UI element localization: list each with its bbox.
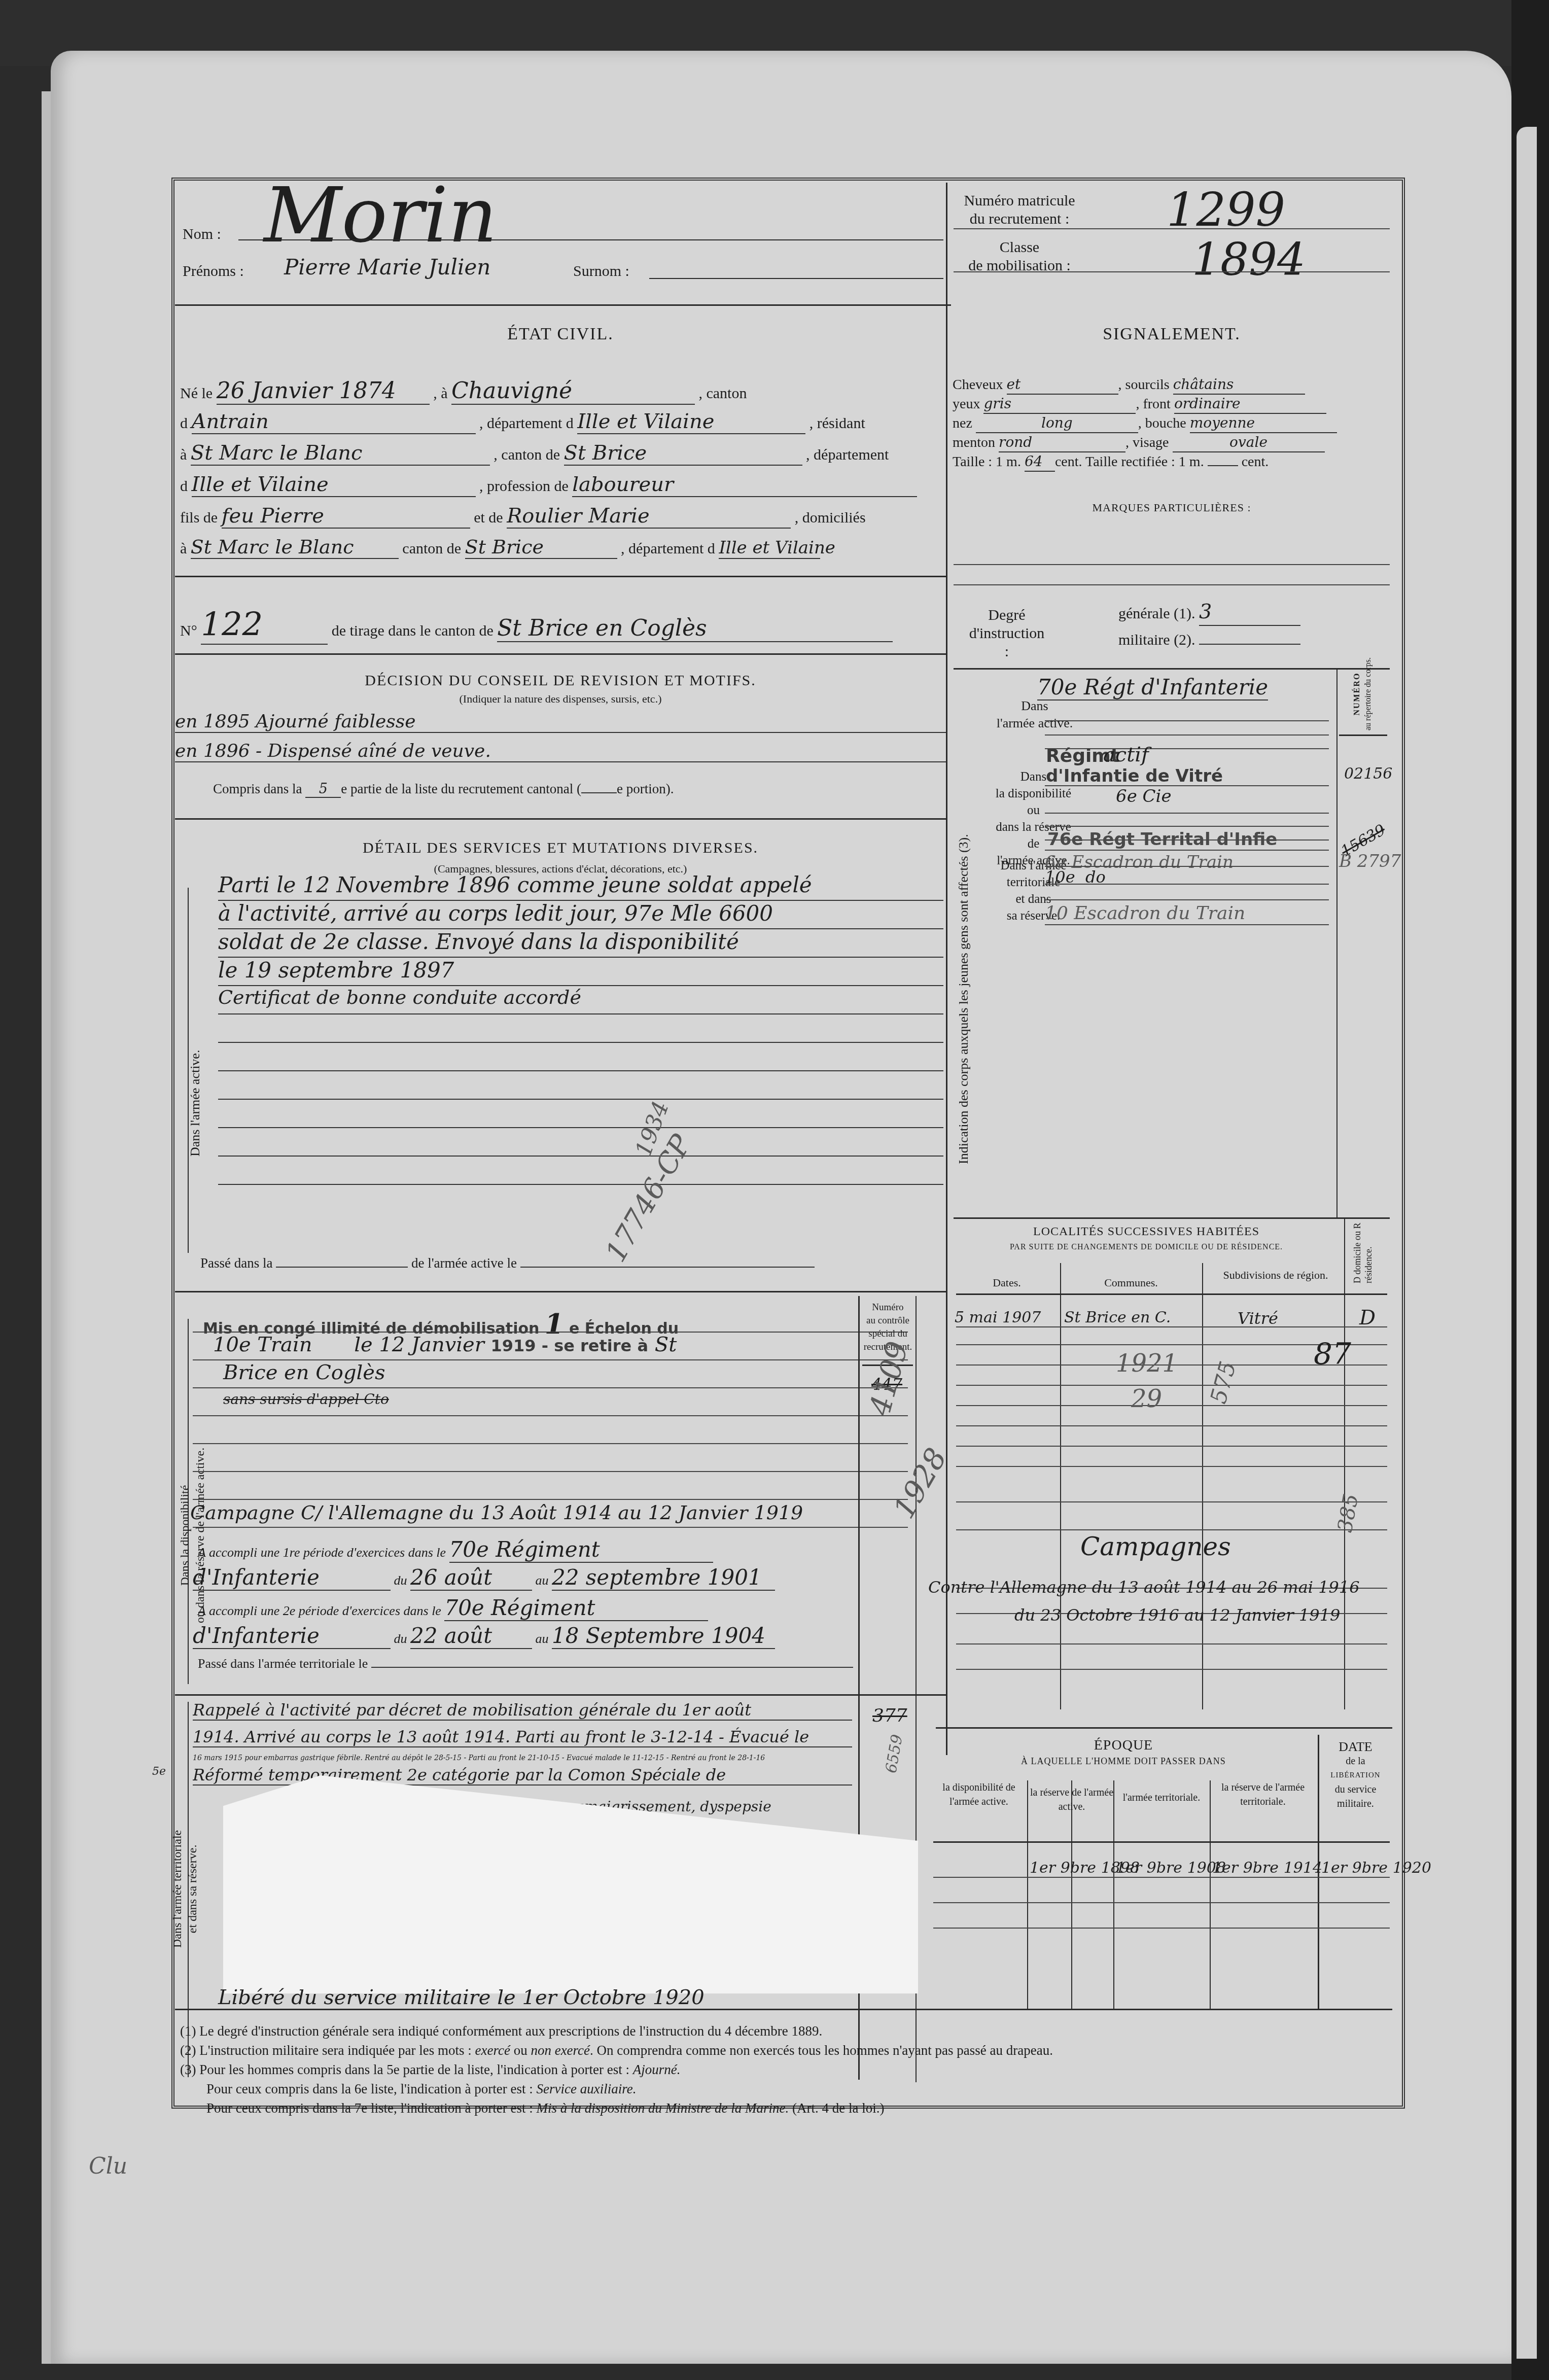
header-line: du service — [1321, 1782, 1390, 1797]
rule — [193, 1332, 908, 1333]
disponibilite-company: 6e Cie — [1116, 786, 1172, 807]
column-divider — [946, 183, 947, 1755]
active-corps-value: 70e Régt d'Infanterie — [1037, 675, 1268, 701]
father-name: feu Pierre — [222, 504, 470, 529]
matricule-label-line-2: du recrutement : — [954, 210, 1085, 228]
parents-canton: St Brice — [465, 536, 617, 559]
nom-value: Morin — [264, 178, 497, 254]
taille-rectifiee-value — [1208, 465, 1238, 466]
service-line: à l'activité, arrivé au corps ledit jour… — [218, 901, 943, 929]
liberation-header: DATE de la LIBÉRATION du service militai… — [1321, 1740, 1390, 1811]
footnote-text: . On comprendra comme non exercés tous l… — [590, 2043, 1053, 2058]
du-label: du — [394, 1631, 407, 1646]
surnom-label: Surnom : — [573, 263, 629, 280]
rule — [193, 1527, 908, 1528]
matricule-label: Numéro matricule du recrutement : — [954, 192, 1085, 228]
rule — [956, 1643, 1387, 1644]
compris-value: 5 — [305, 781, 341, 798]
et-de-label: et de — [474, 509, 503, 526]
menton-value: rond — [999, 433, 1125, 452]
d-label: d — [180, 478, 188, 495]
disponibilite-numero: 02156 — [1344, 765, 1392, 783]
periode2-dates-line: d'Infanterie du 22 août au 18 Septembre … — [193, 1623, 775, 1649]
tirage-canton: St Brice en Coglès — [497, 615, 893, 642]
passe-territoriale-label: Passé dans l'armée territoriale le — [198, 1656, 368, 1671]
yeux-row: yeux gris, front ordinaire — [953, 395, 1337, 414]
corps-side-label: Indication des corps auxquels les jeunes… — [956, 834, 971, 1164]
parents-commune: St Marc le Blanc — [191, 536, 399, 559]
decision-line-1: en 1895 Ajourné faiblesse — [175, 711, 946, 733]
service-line-empty — [218, 1014, 943, 1043]
liberation-line: Libéré du service militaire le 1er Octob… — [218, 1986, 705, 2009]
d-label: d — [180, 415, 188, 432]
rule — [1045, 720, 1329, 721]
profession-label: , profession de — [479, 478, 569, 495]
epoque-title: ÉPOQUE — [933, 1737, 1314, 1754]
instruction-militaire-row: militaire (2). — [1118, 627, 1300, 653]
rule — [956, 1293, 1387, 1295]
sourcils-label: , sourcils — [1118, 377, 1170, 393]
birth-commune: Chauvigné — [451, 378, 695, 405]
campagne-line: Campagne C/ l'Allemagne du 13 Août 1914 … — [190, 1501, 803, 1524]
signalement-block: Cheveux et, sourcils châtains yeux gris,… — [953, 375, 1337, 472]
rule — [956, 1669, 1387, 1670]
disponibilite-actif: actif — [1103, 743, 1149, 766]
decision-title: DÉCISION DU CONSEIL DE REVISION ET MOTIF… — [175, 672, 946, 689]
parents-domicile-line: à St Marc le Blanc canton de St Brice , … — [180, 536, 820, 559]
departement-label: , département — [806, 446, 889, 463]
disponibilite-stamp-2: d'Infantie de Vitré — [1046, 766, 1223, 786]
footnote-emphasis: non exercé — [531, 2043, 590, 2058]
surnom-line — [649, 278, 943, 279]
profession-line: d Ille et Vilaine , profession de labour… — [180, 473, 917, 497]
service-line-empty — [218, 1128, 943, 1157]
footnote-text: Pour les hommes compris dans la 5e parti… — [199, 2062, 629, 2077]
services-title: DÉTAIL DES SERVICES ET MUTATIONS DIVERSE… — [175, 839, 946, 857]
militaire-value — [1199, 644, 1300, 645]
active-label: Dans l'armée active. — [979, 697, 1090, 732]
rule — [956, 1326, 1387, 1327]
rule — [956, 1385, 1387, 1386]
taille-label: Taille : 1 m. — [953, 454, 1021, 470]
nom-label: Nom : — [183, 226, 221, 243]
footnote-3b: Pour ceux compris dans la 6e liste, l'in… — [180, 2079, 1387, 2098]
signalement-title: SIGNALEMENT. — [954, 325, 1390, 344]
header-line: DATE — [1321, 1740, 1390, 1754]
cheveux-label: Cheveux — [953, 377, 1003, 393]
nez-label: nez — [953, 415, 972, 431]
conge-unit: 10e Train — [213, 1333, 312, 1356]
territoriale-line-2: 1914. Arrivé au corps le 13 août 1914. P… — [193, 1727, 852, 1747]
rule — [933, 1841, 1390, 1843]
passe-territoriale-value — [371, 1667, 853, 1668]
adjacent-page-edge — [1511, 0, 1549, 2380]
campagnes-line-2: du 23 Octobre 1916 au 12 Janvier 1919 — [1014, 1605, 1340, 1625]
instruction-label-1: Degré — [966, 606, 1047, 624]
passe-value — [276, 1267, 408, 1268]
label-line: la disponibilité — [976, 785, 1090, 802]
divider — [175, 2009, 1392, 2010]
column-divider — [1060, 1263, 1061, 1709]
periode2-label: A accompli une 2e période d'exercices da… — [198, 1603, 441, 1618]
side-label-line-1: Dans l'armée territoriale — [170, 1830, 185, 1948]
a-label: , à — [433, 385, 447, 402]
conge-line-4: sans sursis d'appel Cto — [223, 1391, 389, 1408]
residence-canton: St Brice — [564, 441, 802, 466]
rule — [1045, 785, 1329, 786]
territoriale-margin-left: 5e — [152, 1765, 166, 1778]
passe-label: Passé dans la — [200, 1255, 272, 1271]
yeux-value: gris — [983, 395, 1136, 414]
header-line: spécial du — [861, 1327, 914, 1341]
rule — [1045, 884, 1329, 885]
footnote-number: (3) — [180, 2062, 196, 2077]
residence-commune: St Marc le Blanc — [191, 441, 490, 466]
rule — [956, 1425, 1387, 1426]
footnote-1: (1) Le degré d'instruction générale sera… — [180, 2021, 1387, 2041]
periode1-regiment: 70e Régiment — [449, 1537, 713, 1563]
nom-line — [238, 239, 943, 240]
service-line-empty — [218, 1157, 943, 1185]
divider — [954, 228, 1390, 229]
header-line: Numéro — [861, 1301, 914, 1314]
tirage-label: de tirage dans le canton de — [332, 622, 494, 639]
rule — [1045, 813, 1329, 814]
periode2-start: 22 août — [410, 1623, 532, 1649]
territoriale-unit-4: 10 Escadron du Train — [1045, 903, 1245, 924]
nez-row: nez long, bouche moyenne — [953, 414, 1337, 433]
a-label: à — [180, 540, 187, 557]
footnote-3c: Pour ceux compris dans la 7e liste, l'in… — [180, 2098, 1387, 2118]
territoriale-line-1: Rappelé à l'activité par décret de mobil… — [193, 1700, 852, 1721]
label-line: l'armée active. — [979, 715, 1090, 732]
rule — [933, 1928, 1390, 1929]
departement-label: , département d — [621, 540, 715, 557]
periode2-regiment: 70e Régiment — [444, 1595, 708, 1621]
footnote-emphasis: Mis à la disposition du Ministre de la M… — [536, 2101, 789, 2116]
epoque-territoriale-value: 1er 9bre 1908 — [1116, 1859, 1207, 1877]
column-divider — [1336, 670, 1337, 1217]
column-divider — [1113, 1780, 1114, 2009]
campagnes-title: Campagnes — [1080, 1532, 1231, 1561]
visage-value: ovale — [1173, 433, 1325, 452]
row-date: 5 mai 1907 — [955, 1309, 1041, 1326]
birth-date: 26 Janvier 1874 — [217, 378, 430, 405]
passe-active-line: Passé dans la de l'armée active le — [200, 1255, 815, 1271]
rule — [1045, 850, 1329, 851]
profession-value: laboureur — [572, 473, 917, 497]
rule — [956, 1446, 1387, 1447]
rule — [1339, 734, 1387, 736]
periode1-line: A accompli une 1re période d'exercices d… — [198, 1537, 713, 1563]
divider — [954, 564, 1390, 565]
matricule-label-line-1: Numéro matricule — [954, 192, 1085, 210]
residence-departement: Ille et Vilaine — [192, 473, 476, 497]
rule — [956, 1405, 1387, 1406]
generale-value: 3 — [1199, 599, 1300, 626]
compris-rest: e partie de la liste du recrutement cant… — [341, 781, 581, 796]
birth-line: Né le 26 Janvier 1874 , à Chauvigné , ca… — [180, 378, 747, 405]
col-dates: Dates. — [954, 1276, 1060, 1290]
compris-line: Compris dans la 5e partie de la liste du… — [213, 781, 674, 798]
mother-name: Roulier Marie — [507, 504, 791, 529]
service-line: Certificat de bonne conduite accordé — [218, 986, 943, 1014]
epoque-col-territoriale: l'armée territoriale. — [1116, 1791, 1207, 1805]
militaire-label: militaire (2). — [1118, 632, 1195, 648]
au-label: au — [536, 1631, 549, 1646]
service-line-empty — [218, 1100, 943, 1128]
front-label: , front — [1136, 396, 1170, 412]
service-line: le 19 septembre 1897 — [218, 958, 943, 986]
taille-row: Taille : 1 m. 64cent. Taille rectifiée :… — [953, 452, 1337, 472]
rule — [933, 1877, 1390, 1878]
bouche-value: moyenne — [1190, 414, 1337, 433]
birth-canton: Antrain — [192, 410, 476, 434]
rule — [193, 1471, 908, 1472]
etat-civil-title: ÉTAT CIVIL. — [175, 325, 946, 344]
tirage-line: N° 122 de tirage dans le canton de St Br… — [180, 606, 893, 645]
compris-label: Compris dans la — [213, 781, 302, 796]
footnote-emphasis: exercé — [475, 2043, 510, 2058]
epoque-reserve-territoriale-value: 1er 9bre 1914 — [1212, 1859, 1314, 1877]
rule — [193, 1415, 908, 1416]
numero-label: NUMÉRO — [1352, 657, 1363, 730]
canton-label: , canton de — [494, 446, 560, 463]
header-line: militaire. — [1321, 1797, 1390, 1811]
residant-label: , résidant — [809, 415, 865, 432]
ne-le-label: Né le — [180, 385, 213, 402]
departement-label: , département d — [479, 415, 574, 432]
fils-de-label: fils de — [180, 509, 218, 526]
instruction-label-2: d'instruction : — [966, 624, 1047, 661]
du-label: du — [394, 1573, 407, 1588]
row-subdivision: Vitré — [1238, 1309, 1278, 1328]
cent-label: cent. — [1242, 454, 1269, 470]
rule — [1045, 866, 1329, 867]
localites-title: LOCALITÉS SUCCESSIVES HABITÉES — [954, 1225, 1339, 1239]
liberation-value: 1er 9bre 1920 — [1321, 1859, 1392, 1877]
territoriale-numero-2: B 2797 — [1339, 851, 1401, 871]
parents-line: fils de feu Pierre et de Roulier Marie ,… — [180, 504, 866, 529]
rule — [193, 1359, 908, 1360]
periode1-dates-line: d'Infanterie du 26 août au 22 septembre … — [193, 1565, 775, 1591]
conge-line-2: 10e Train le 12 Janvier 1919 - se retire… — [213, 1333, 677, 1356]
divider — [175, 818, 946, 820]
row-commune: St Brice en C. — [1064, 1309, 1171, 1326]
footnote-text: (Art. 4 de la loi.) — [792, 2101, 884, 2116]
classe-value: 1894 — [1192, 233, 1306, 286]
territoriale-line-4: Réformé temporairement 2e catégorie par … — [193, 1765, 852, 1786]
margin-note: Clu — [89, 2153, 127, 2179]
prenoms-label: Prénoms : — [183, 263, 244, 280]
column-divider — [1071, 1780, 1072, 2009]
taille-value: 64 — [1025, 452, 1055, 472]
periode1-regiment-2: d'Infanterie — [193, 1565, 391, 1591]
repertoire-label: au répertoire du corps. — [1363, 657, 1374, 730]
rule — [1045, 826, 1329, 827]
periode2-regiment-2: d'Infanterie — [193, 1623, 391, 1649]
service-line: Parti le 12 Novembre 1896 comme jeune so… — [218, 872, 943, 901]
territoriale-stamp: 76e Régt Territal d'Infie — [1047, 829, 1277, 850]
footnote-emphasis: Service auxiliaire. — [536, 2081, 636, 2096]
service-line-empty — [218, 1071, 943, 1100]
portion-label: e portion). — [617, 781, 674, 796]
divider — [954, 1217, 1390, 1219]
birth-canton-line: d Antrain , département d Ille et Vilain… — [180, 410, 865, 434]
nez-value: long — [976, 414, 1138, 433]
a-label: à — [180, 446, 187, 463]
birth-departement: Ille et Vilaine — [577, 410, 805, 434]
footnote-text: ou — [514, 2043, 527, 2058]
header-line: au contrôle — [861, 1314, 914, 1327]
decision-subtitle: (Indiquer la nature des dispenses, sursi… — [175, 692, 946, 706]
menton-row: menton rond, visage ovale — [953, 433, 1337, 452]
header-line: LIBÉRATION — [1321, 1768, 1390, 1782]
parents-departement: Ille et Vilaine — [719, 538, 820, 559]
rule — [193, 1443, 908, 1444]
classe-label: Classe de mobilisation : — [954, 238, 1085, 275]
col-d-r: D domicile ou R résidence. — [1352, 1212, 1374, 1283]
bouche-label: , bouche — [1138, 415, 1186, 431]
services-lines: Parti le 12 Novembre 1896 comme jeune so… — [218, 872, 943, 1185]
divider — [175, 653, 946, 655]
passe-date — [520, 1267, 815, 1268]
cheveux-value: et — [1007, 375, 1118, 395]
divider — [954, 584, 1390, 585]
prenoms-value: Pierre Marie Julien — [284, 255, 490, 279]
conge-stamp-2: 1919 - se retire à — [491, 1336, 648, 1355]
epoque-col-reserve-territoriale: la réserve de l'armée territoriale. — [1212, 1780, 1314, 1809]
canton-label: canton de — [402, 540, 461, 557]
footnote-text: L'instruction militaire sera indiquée pa… — [199, 2043, 471, 2058]
rule — [956, 1466, 1387, 1467]
conge-line-3: Brice en Coglès — [223, 1361, 385, 1384]
taille-rectifiee-label: cent. Taille rectifiée : 1 m. — [1055, 454, 1204, 470]
footnotes: (1) Le degré d'instruction générale sera… — [180, 2021, 1387, 2118]
rule — [1045, 899, 1329, 900]
epoque-reserve-active-value: 1er 9bre 1898 — [1030, 1859, 1121, 1877]
epoque-col-disponibilite: la disponibilité de l'armée active. — [933, 1780, 1025, 1809]
footnote-emphasis: Ajourné. — [633, 2062, 681, 2077]
divider — [954, 668, 1390, 670]
side-label-line-2: et dans sa réserve. — [185, 1830, 200, 1948]
tirage-number: 122 — [201, 606, 328, 645]
services-side-label: Dans l'armée active. — [188, 1050, 203, 1157]
footnote-number: (2) — [180, 2043, 196, 2058]
rule — [956, 1529, 1387, 1530]
footnote-text: Le degré d'instruction générale sera ind… — [199, 2023, 822, 2039]
canton-label: , canton — [698, 385, 747, 402]
decision-line-2: en 1896 - Dispensé aîné de veuve. — [175, 741, 946, 762]
footnote-2: (2) L'instruction militaire sera indiqué… — [180, 2041, 1387, 2060]
numero-label: N° — [180, 622, 197, 639]
divider — [936, 1727, 1392, 1729]
conge-date: le 12 Janvier — [354, 1333, 484, 1356]
service-line: soldat de 2e classe. Envoyé dans la disp… — [218, 929, 943, 958]
service-line-empty — [218, 1043, 943, 1071]
divider — [954, 271, 1390, 272]
cheveux-row: Cheveux et, sourcils châtains — [953, 375, 1337, 395]
residence-line: à St Marc le Blanc , canton de St Brice … — [180, 441, 889, 466]
visage-label: , visage — [1125, 435, 1169, 450]
marques-label: MARQUES PARTICULIÈRES : — [954, 501, 1390, 514]
periode2-end: 18 Septembre 1904 — [552, 1623, 775, 1649]
conge-retire-a: St — [655, 1333, 677, 1356]
rule — [1045, 924, 1329, 925]
header-line: de la — [1321, 1754, 1390, 1768]
divider — [175, 304, 951, 306]
classe-label-line-1: Classe — [954, 238, 1085, 257]
periode1-end: 22 septembre 1901 — [552, 1565, 775, 1591]
footnote-number: (1) — [180, 2023, 196, 2039]
campagnes-line-1: Contre l'Allemagne du 13 août 1914 au 26… — [928, 1578, 1360, 1597]
sourcils-value: châtains — [1173, 375, 1305, 395]
divider — [175, 1694, 946, 1696]
localites-annotation-1921: 1921 — [1116, 1349, 1178, 1378]
au-label: au — [536, 1573, 549, 1588]
generale-label: générale (1). — [1118, 605, 1195, 622]
portion-value — [581, 792, 617, 793]
column-divider — [1202, 1263, 1203, 1709]
localites-annotation-87: 87 — [1314, 1337, 1351, 1371]
divider — [175, 576, 946, 577]
domicilies-label: , domiciliés — [795, 509, 866, 526]
side-label-line-1: Dans la disponibilité — [178, 1448, 193, 1623]
footnote-3: (3) Pour les hommes compris dans la 5e p… — [180, 2060, 1387, 2079]
periode2-line: A accompli une 2e période d'exercices da… — [198, 1595, 708, 1621]
localites-subtitle: PAR SUITE DE CHANGEMENTS DE DOMICILE OU … — [954, 1243, 1339, 1252]
column-divider — [1027, 1780, 1028, 2009]
divider — [175, 1291, 946, 1292]
menton-label: menton — [953, 435, 995, 450]
numero-repertoire-header: NUMÉRO au répertoire du corps. — [1352, 657, 1374, 730]
passe-label-2: de l'armée active le — [411, 1255, 517, 1271]
rule — [933, 1902, 1390, 1903]
territoriale-side-label: Dans l'armée territoriale et dans sa rés… — [170, 1830, 200, 1948]
yeux-label: yeux — [953, 396, 980, 412]
territoriale-line-3: 16 mars 1915 pour embarras gastrique féb… — [193, 1754, 852, 1762]
instruction-generale-row: générale (1). 3 — [1118, 599, 1300, 627]
instruction-values: générale (1). 3 militaire (2). — [1118, 599, 1300, 653]
localites-annotation-29: 29 — [1131, 1385, 1162, 1413]
footnote-text: Pour ceux compris dans la 7e liste, l'in… — [206, 2101, 533, 2116]
epoque-subtitle: À LAQUELLE L'HOMME DOIT PASSER DANS — [933, 1756, 1314, 1767]
front-value: ordinaire — [1174, 395, 1326, 414]
label-line: ou — [976, 802, 1090, 819]
rule — [1045, 734, 1329, 736]
col-subdivisions: Subdivisions de région. — [1212, 1268, 1339, 1282]
column-divider — [1344, 1217, 1345, 1709]
territoriale-margin-right-1: 377 — [872, 1705, 907, 1726]
col-communes: Communes. — [1060, 1276, 1202, 1290]
epoque-col-reserve-active: la réserve de l'armée active. — [1029, 1786, 1115, 1814]
footnote-text: Pour ceux compris dans la 6e liste, l'in… — [206, 2081, 533, 2096]
periode1-start: 26 août — [410, 1565, 532, 1591]
rule — [193, 1499, 908, 1500]
periode1-label: A accompli une 1re période d'exercices d… — [198, 1545, 446, 1560]
instruction-label: Degré d'instruction : — [966, 606, 1047, 661]
rule — [193, 1387, 908, 1388]
rule — [956, 1501, 1387, 1502]
column-divider — [1210, 1780, 1211, 2009]
passe-territoriale-line: Passé dans l'armée territoriale le — [198, 1656, 853, 1671]
